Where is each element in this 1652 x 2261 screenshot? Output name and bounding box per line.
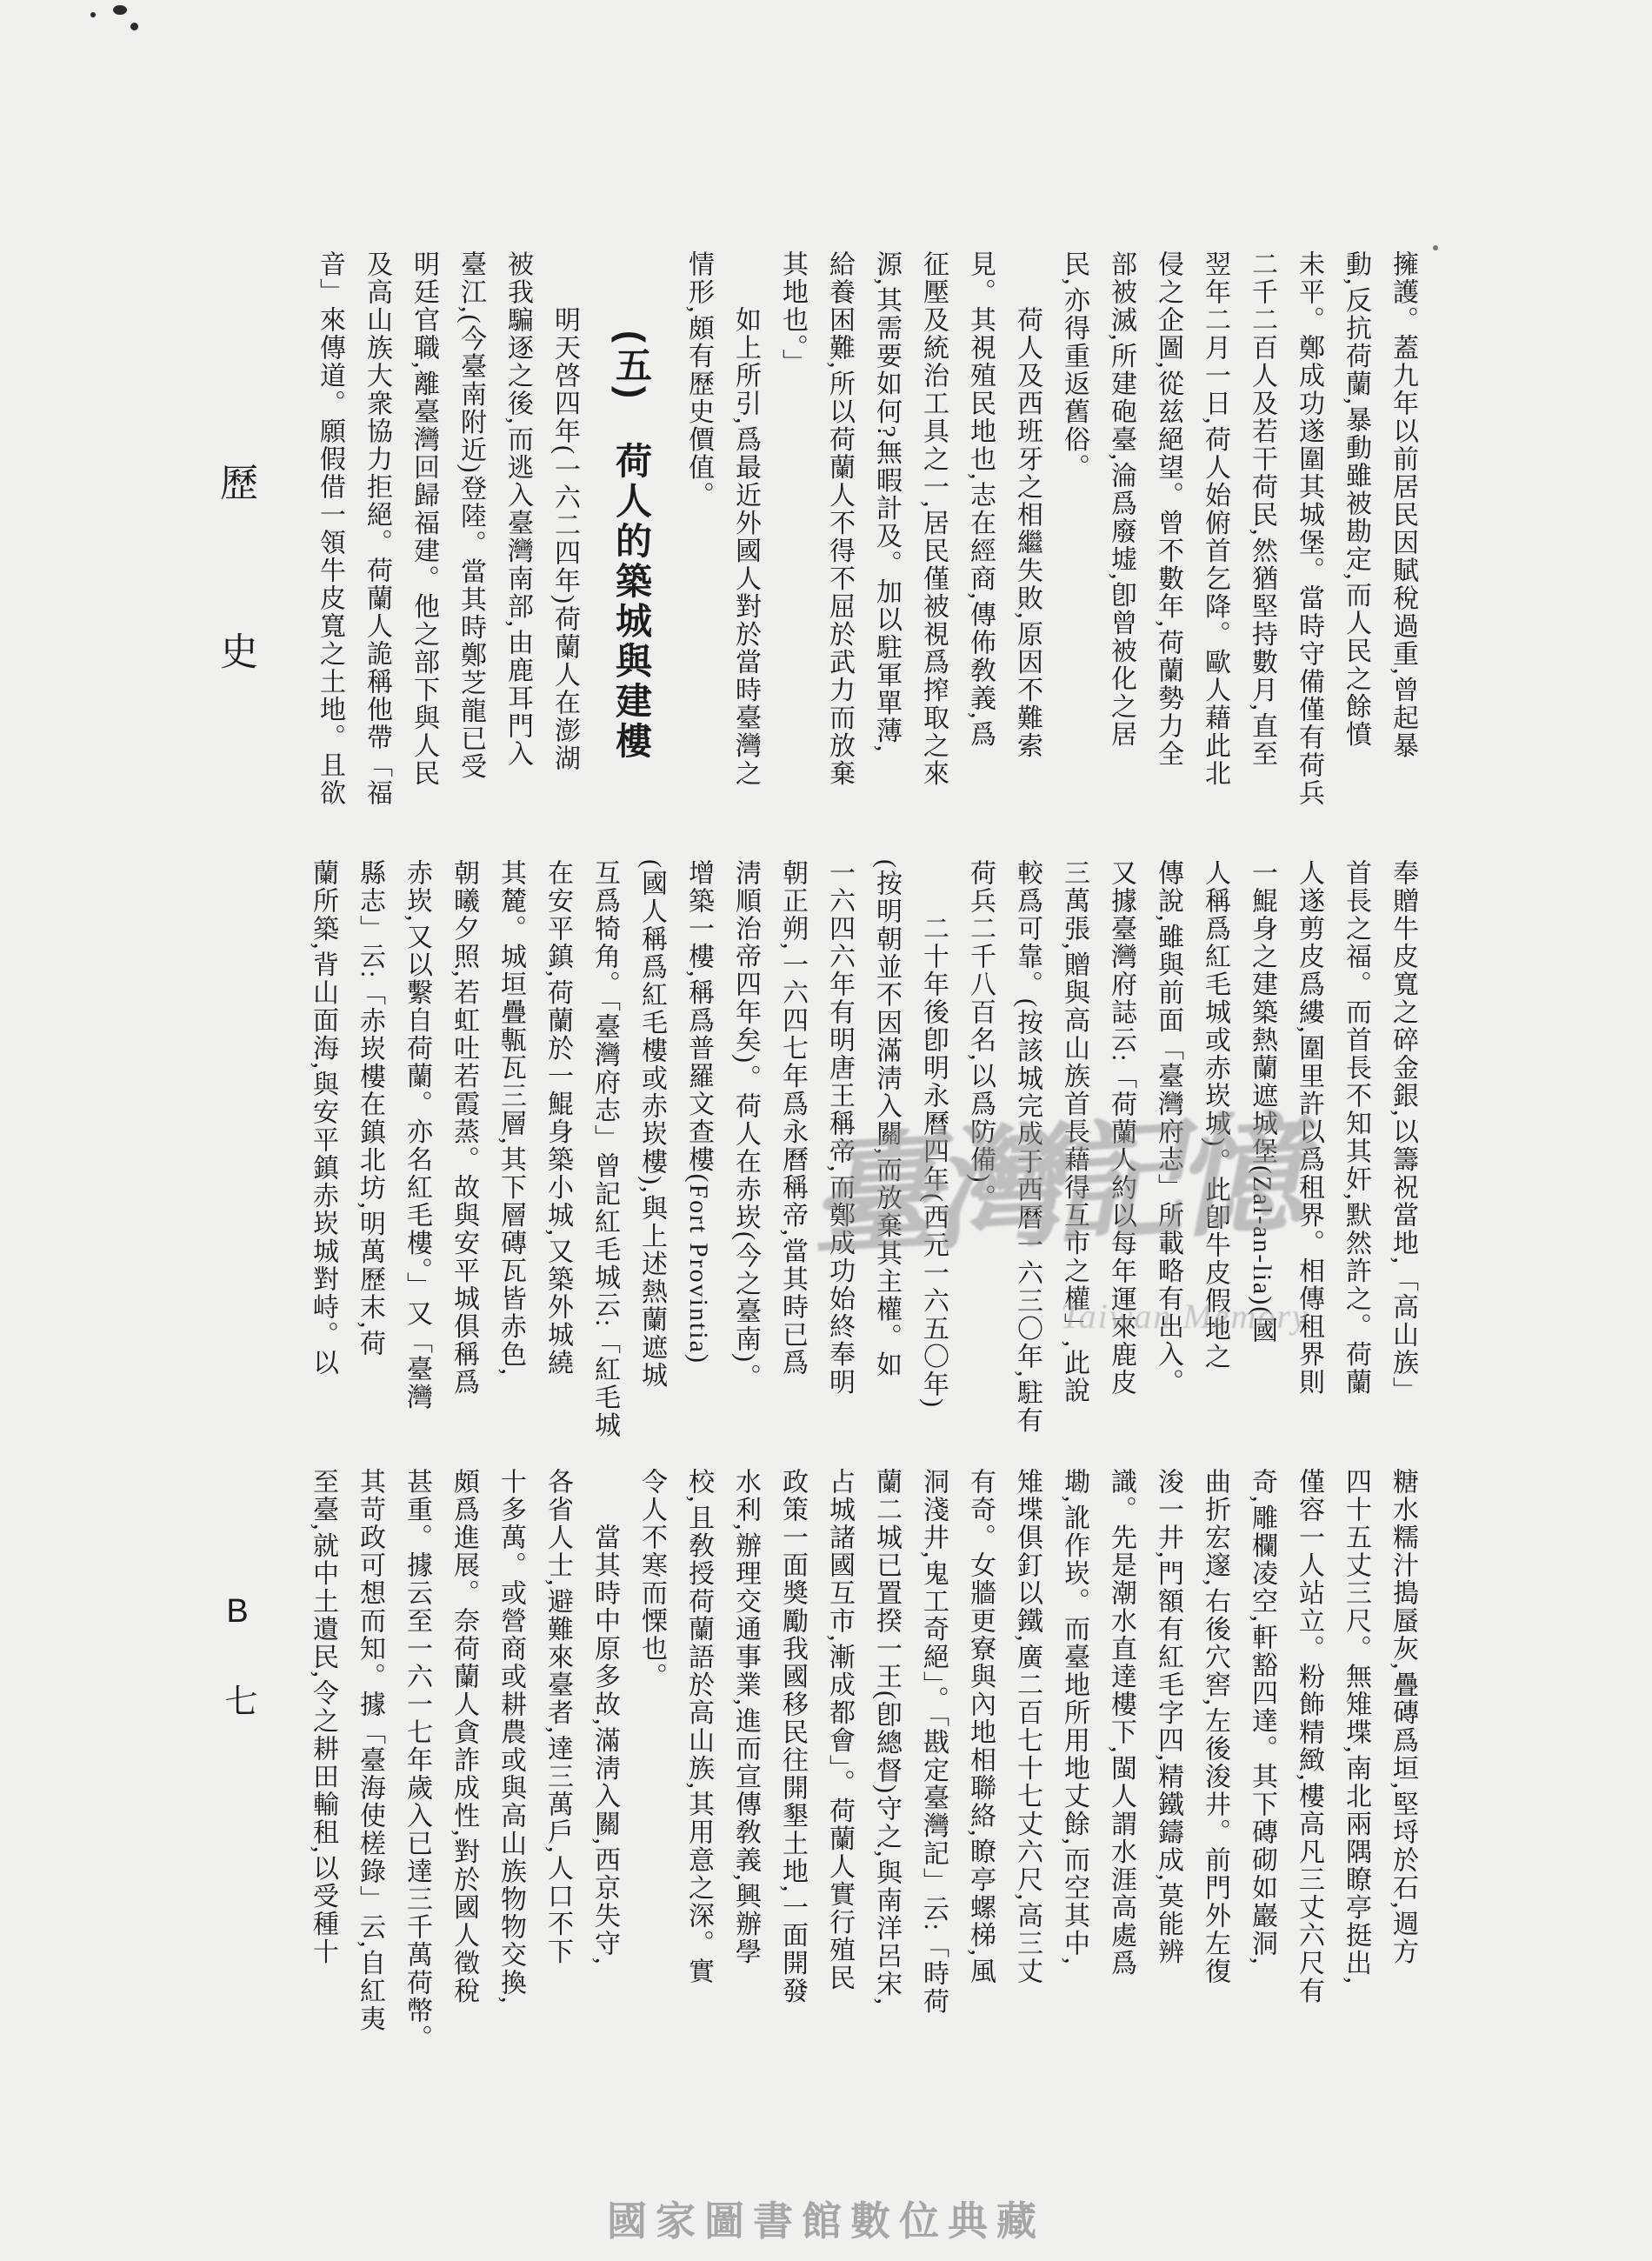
text-column: 朝曦夕照,若虹吐若霞蒸。故與安平城俱稱爲 [440,859,487,1444]
text-column: 如上所引,爲最近外國人對於當時臺灣之 [722,250,769,826]
ink-speck [90,12,96,17]
text-column: 墈,訛作崁。而臺地所用地丈餘,而空其中, [1050,1468,1097,2082]
text-column: 傳說,雖與前面「臺灣府志」所載略有出入。 [1144,859,1191,1444]
text-column: (國人稱爲紅毛樓或赤崁樓),與上述熱蘭遮城 [628,859,675,1444]
text-column: 僅容一人站立。粉飾精緻,樓高凡三丈六尺有 [1285,1468,1332,2082]
text-column: 荷兵二千八百名,以爲防備)。 [956,859,1003,1444]
text-column: 一鯤身之建築熱蘭遮城堡(Zal-an-lia)(國 [1238,859,1285,1444]
text-column: 翌年二月一日,荷人始俯首乞降。歐人藉此北 [1191,250,1238,826]
text-register-top: 擁護。蓋九年以前居民因賦稅過重,曾起暴動,反抗荷蘭,暴動雖被勘定,而人民之餘憤未… [292,250,1426,826]
text-column: 臺江,(今臺南附近)登陸。當其時鄭芝龍已受 [447,250,494,826]
text-column: 頗爲進展。奈荷蘭人貪詐成性,對於國人徵稅 [440,1468,487,2082]
text-column: 明廷官職,離臺灣回歸福建。他之部下與人民 [400,250,447,826]
ink-speck [1433,245,1438,250]
text-column: 其麓。城垣疊甎瓦三層,其下層磚瓦皆赤色, [487,859,534,1444]
text-column: 民,亦得重返舊俗。 [1050,250,1097,826]
text-column: 人稱爲紅毛城或赤崁城)。此卽牛皮假地之 [1191,859,1238,1444]
text-column: 明天啓四年(一六二四年)荷蘭人在澎湖 [541,250,588,826]
text-column: 源,其需要如何?無暇計及。加以駐軍單薄, [863,250,909,826]
library-archive-caption: 國家圖書館數位典藏 [0,2190,1652,2247]
text-column: 其苛政可想而知。據「臺海使槎錄」云,自紅夷 [346,1468,393,2082]
text-column: 水利,辦理交通事業,進而宣傳敎義,興辦學 [722,1468,769,2082]
text-column: 征壓及統治工具之一,居民僅被視爲搾取之來 [909,250,956,826]
text-column: 三萬張,贈與高山族首長藉得互市之權」,此說 [1050,859,1097,1444]
text-column: 有奇。女牆更寮與內地相聯絡,瞭亭螺梯,風 [956,1468,1003,2082]
text-column: 赤崁,又以繫自荷蘭。亦名紅毛樓。」又「臺灣 [393,859,440,1444]
text-column: 人遂剪皮爲縷,圍里許以爲租界。相傳租界則 [1285,859,1332,1444]
ink-speck [130,23,138,30]
text-column: 被我騙逐之後,而逃入臺灣南部,由鹿耳門入 [494,250,541,826]
section-heading: (五) 荷人的築城與建樓 [588,250,675,826]
text-column: 四十五丈三尺。無雉堞,南北兩隅瞭亭挺出, [1332,1468,1379,2082]
text-column: 當其時中原多故,滿淸入關,西京失守, [581,1468,628,2082]
text-column: 又據臺灣府誌云:「荷蘭人約以每年運來鹿皮 [1097,859,1144,1444]
text-column: 二十年後卽明永曆四年(西元一六五〇年) [909,859,956,1444]
text-column: 甚重。據云至一六一七年歲入已達三千萬荷幣。 [393,1468,440,2082]
text-column: 見。其視殖民地也,志在經商,傳佈敎義,爲 [956,250,1003,826]
text-column: 十多萬。或營商或耕農或與高山族物物交換, [487,1468,534,2082]
text-column: 校,且敎授荷蘭語於高山族,其用意之深。實 [675,1468,722,2082]
text-column: 識。先是潮水直達樓下,閩人謂水涯高處爲 [1097,1468,1144,2082]
text-column: 擁護。蓋九年以前居民因賦稅過重,曾起暴 [1379,250,1426,826]
text-column: 浚一井,門額有紅毛字四,精鐵鑄成,莫能辨 [1144,1468,1191,2082]
text-column: 占城諸國互市,漸成都會」。荷蘭人實行殖民 [816,1468,863,2082]
text-column: 一六四六年有明唐王稱帝,而鄭成功始終奉明 [816,859,863,1444]
text-column: 二千二百人及若干荷民,然猶堅持數月,直至 [1238,250,1285,826]
text-column: 較爲可靠。(按該城完成于西曆一六三〇年,駐有 [1003,859,1050,1444]
text-column: 蘭二城已置揆一王(卽總督)守之,與南洋呂宋, [863,1468,909,2082]
text-column: 縣志」云:「赤崁樓在鎮北坊,明萬歷末,荷 [346,859,393,1444]
text-column: 曲折宏邃,右後穴窖,左後浚井。前門外左復 [1191,1468,1238,2082]
text-column: 互爲犄角。「臺灣府志」曾記紅毛城云:「紅毛城 [581,859,628,1444]
text-column: 首長之福。而首長不知其奸,默然許之。荷蘭 [1332,859,1379,1444]
ink-speck [113,5,127,15]
text-column: 侵之企圖,從兹絕望。曾不數年,荷蘭勢力全 [1144,250,1191,826]
text-column: 洞淺井,鬼工奇絕」。「戡定臺灣記」云:「時荷 [909,1468,956,2082]
text-column: 及高山族大衆協力拒絕。荷蘭人詭稱他帶「福 [353,250,400,826]
text-column: 奉贈牛皮寬之碎金銀,以籌祝當地,「高山族」 [1379,859,1426,1444]
text-column: (按明朝並不因滿淸入關,而放棄其主權。如 [863,859,909,1444]
scanned-book-page: 歷史 擁護。蓋九年以前居民因賦稅過重,曾起暴動,反抗荷蘭,暴動雖被勘定,而人民之… [0,0,1652,2261]
text-column: 朝正朔,一六四七年爲永曆稱帝,當其時已爲 [769,859,816,1444]
text-column: 在安平鎮,荷蘭於一鯤身築小城,又築外城繞 [534,859,581,1444]
running-title: 歷史 [207,463,263,800]
text-column: 雉堞俱釘以鐵,廣二百七十七丈六尺,高三丈 [1003,1468,1050,2082]
text-register-bottom: 糖水糯汁搗蜃灰,疊磚爲垣,堅埒於石,週方四十五丈三尺。無雉堞,南北兩隅瞭亭挺出,… [292,1468,1426,2082]
text-column: 政策一面奬勵我國移民往開墾土地,一面開發 [769,1468,816,2082]
text-register-middle: 奉贈牛皮寬之碎金銀,以籌祝當地,「高山族」首長之福。而首長不知其奸,默然許之。荷… [292,859,1426,1444]
page-number: B七 [214,1593,262,1771]
text-column: 情形,頗有歷史價值。 [675,250,722,826]
text-column: 淸順治帝四年矣)。荷人在赤崁(今之臺南)。 [722,859,769,1444]
text-column: 糖水糯汁搗蜃灰,疊磚爲垣,堅埒於石,週方 [1379,1468,1426,2082]
text-column: 至臺,就中土遺民,令之耕田輸租,以受種十 [299,1468,346,2082]
text-column: 動,反抗荷蘭,暴動雖被勘定,而人民之餘憤 [1332,250,1379,826]
text-column: 蘭所築,背山面海,與安平鎮赤崁城對峙。以 [299,859,346,1444]
text-column: 未平。鄭成功遂圍其城堡。當時守備僅有荷兵 [1285,250,1332,826]
text-column: 部被滅,所建砲臺,淪爲廢墟,卽曾被化之居 [1097,250,1144,826]
text-column: 音」來傳道。願假借一領牛皮寬之土地。且欲 [306,250,353,826]
text-column: 奇,雕欄凌空,軒豁四達。其下磚砌如巖洞, [1238,1468,1285,2082]
text-column: 荷人及西班牙之相繼失敗,原因不難索 [1003,250,1050,826]
text-column: 令人不寒而慄也。 [628,1468,675,2082]
text-column: 增築一樓,稱爲普羅文查樓(Fort Provintia) [675,859,722,1444]
text-column: 各省人士,避難來臺者,達三萬戶,人口不下 [534,1468,581,2082]
text-column: 其地也。」 [769,250,816,826]
text-column: 給養困難,所以荷蘭人不得不屈於武力而放棄 [816,250,863,826]
